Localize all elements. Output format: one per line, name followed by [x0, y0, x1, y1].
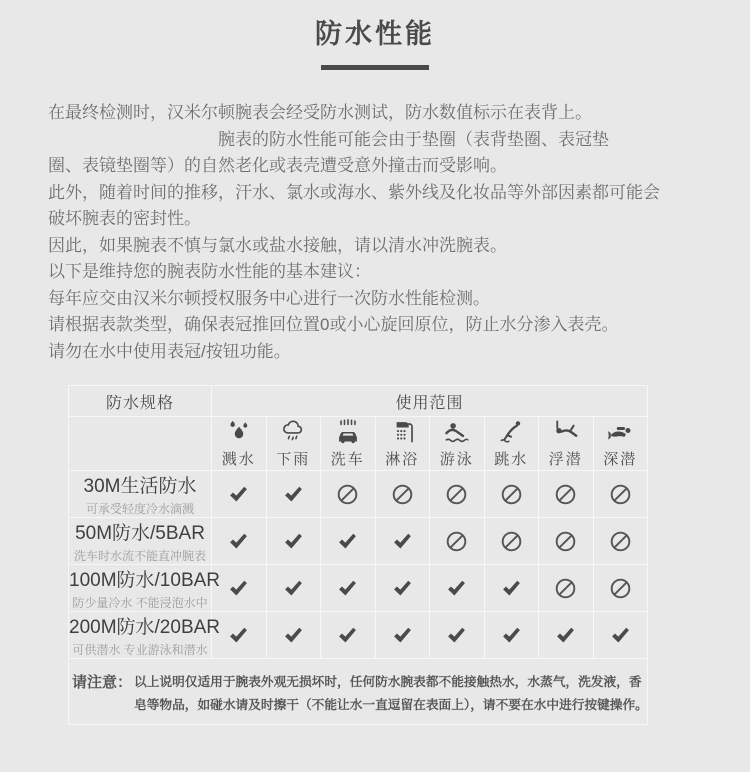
swim-icon — [430, 418, 484, 445]
table-header-row: 防水规格 使用范围 — [69, 386, 648, 417]
check-icon — [212, 518, 267, 565]
prohibited-icon — [593, 471, 648, 518]
intro-line: 破坏腕表的密封性。 — [48, 206, 714, 233]
intro-line: 圈、表镜垫圈等）的自然老化或表壳遭受意外撞击而受影响。 — [48, 153, 714, 180]
spec-cell: 50M防水/5BAR洗车时水流不能直冲腕表 — [69, 518, 212, 565]
scuba-icon — [594, 418, 648, 445]
intro-line: 因此，如果腕表不慎与氯水或盐水接触，请以清水冲洗腕表。 — [48, 233, 714, 260]
prohibited-icon — [593, 565, 648, 612]
spec-name: 200M防水/20BAR — [69, 612, 211, 639]
check-icon — [593, 612, 648, 659]
prohibited-icon — [484, 471, 539, 518]
spec-description: 防少量冷水 不能浸泡水中 — [69, 594, 211, 611]
intro-line: 此外，随着时间的推移，汗水、氯水或海水、紫外线及化妆品等外部因素都可能会 — [48, 180, 714, 207]
spec-empty-cell — [69, 417, 212, 471]
notice-line: 皂等物品，如碰水请及时擦干（不能让水一直逗留在表面上），请不要在水中进行按键操作… — [134, 694, 648, 717]
table-row: 30M生活防水可承受轻度冷水滴溅 — [69, 471, 648, 518]
table-row: 100M防水/10BAR防少量冷水 不能浸泡水中 — [69, 565, 648, 612]
usage-column-rain: 下雨 — [266, 417, 321, 471]
prohibited-icon — [375, 471, 430, 518]
waterproof-performance-page: 防水性能 在最终检测时，汉米尔顿腕表会经受防水测试，防水数值标示在表背上。腕表的… — [0, 0, 750, 772]
notice-text: 以上说明仅适用于腕表外观无损坏时，任何防水腕表都不能接触热水，水蒸气，洗发液，香… — [134, 671, 648, 717]
usage-header: 使用范围 — [212, 386, 648, 417]
spec-description: 可供潜水 专业游泳和潜水 — [69, 641, 211, 658]
check-icon — [212, 471, 267, 518]
page-title: 防水性能 — [0, 0, 750, 52]
spec-description: 可承受轻度冷水滴溅 — [69, 500, 211, 517]
check-icon — [266, 612, 321, 659]
check-icon — [539, 612, 594, 659]
spec-name: 100M防水/10BAR — [69, 565, 211, 592]
check-icon — [375, 612, 430, 659]
intro-line: 每年应交由汉米尔顿授权服务中心进行一次防水性能检测。 — [48, 286, 714, 313]
check-icon — [375, 565, 430, 612]
rain-icon — [267, 418, 321, 445]
splash-icon — [212, 418, 266, 445]
notice-label: 请注意： — [69, 671, 132, 694]
spec-header: 防水规格 — [69, 386, 212, 417]
notice-box: 请注意： 以上说明仅适用于腕表外观无损坏时，任何防水腕表都不能接触热水，水蒸气，… — [68, 658, 648, 725]
dive-icon — [485, 418, 539, 445]
table-row: 200M防水/20BAR可供潜水 专业游泳和潜水 — [69, 612, 648, 659]
car-wash-icon — [321, 418, 375, 445]
usage-column-dive: 跳水 — [484, 417, 539, 471]
prohibited-icon — [484, 518, 539, 565]
intro-line: 请根据表款类型，确保表冠推回位置0或小心旋回原位，防止水分渗入表壳。 — [48, 312, 714, 339]
prohibited-icon — [539, 518, 594, 565]
table-row: 50M防水/5BAR洗车时水流不能直冲腕表 — [69, 518, 648, 565]
check-icon — [430, 565, 485, 612]
intro-line: 请勿在水中使用表冠/按钮功能。 — [48, 339, 714, 366]
usage-column-car-wash: 洗车 — [321, 417, 376, 471]
prohibited-icon — [539, 471, 594, 518]
prohibited-icon — [539, 565, 594, 612]
spec-cell: 100M防水/10BAR防少量冷水 不能浸泡水中 — [69, 565, 212, 612]
usage-column-shower: 淋浴 — [375, 417, 430, 471]
check-icon — [266, 518, 321, 565]
usage-icons-row: 溅水 下雨 洗车 淋浴 — [69, 417, 648, 471]
prohibited-icon — [593, 518, 648, 565]
waterproof-spec-table: 防水规格 使用范围 溅水 下雨 — [68, 385, 648, 659]
spec-description: 洗车时水流不能直冲腕表 — [69, 547, 211, 564]
prohibited-icon — [321, 471, 376, 518]
usage-column-swim: 游泳 — [430, 417, 485, 471]
spec-name: 30M生活防水 — [69, 471, 211, 498]
notice-line: 以上说明仅适用于腕表外观无损坏时，任何防水腕表都不能接触热水，水蒸气，洗发液，香 — [134, 671, 648, 694]
usage-column-snorkel: 浮潜 — [539, 417, 594, 471]
spec-name: 50M防水/5BAR — [69, 518, 211, 545]
intro-line: 在最终检测时，汉米尔顿腕表会经受防水测试，防水数值标示在表背上。 — [48, 100, 714, 127]
check-icon — [375, 518, 430, 565]
intro-line: 腕表的防水性能可能会由于垫圈（表背垫圈、表冠垫 — [48, 127, 714, 154]
title-underline — [321, 65, 429, 70]
spec-cell: 200M防水/20BAR可供潜水 专业游泳和潜水 — [69, 612, 212, 659]
check-icon — [321, 612, 376, 659]
prohibited-icon — [430, 471, 485, 518]
snorkel-icon — [539, 418, 593, 445]
check-icon — [484, 612, 539, 659]
usage-column-splash: 溅水 — [212, 417, 267, 471]
check-icon — [484, 565, 539, 612]
shower-icon — [376, 418, 430, 445]
spec-table-body: 30M生活防水可承受轻度冷水滴溅50M防水/5BAR洗车时水流不能直冲腕表100… — [69, 471, 648, 659]
usage-column-scuba: 深潜 — [593, 417, 648, 471]
intro-line: 以下是维持您的腕表防水性能的基本建议： — [48, 259, 714, 286]
check-icon — [430, 612, 485, 659]
prohibited-icon — [430, 518, 485, 565]
check-icon — [266, 565, 321, 612]
check-icon — [321, 565, 376, 612]
check-icon — [266, 471, 321, 518]
spec-cell: 30M生活防水可承受轻度冷水滴溅 — [69, 471, 212, 518]
check-icon — [321, 518, 376, 565]
intro-paragraphs: 在最终检测时，汉米尔顿腕表会经受防水测试，防水数值标示在表背上。腕表的防水性能可… — [48, 100, 714, 365]
